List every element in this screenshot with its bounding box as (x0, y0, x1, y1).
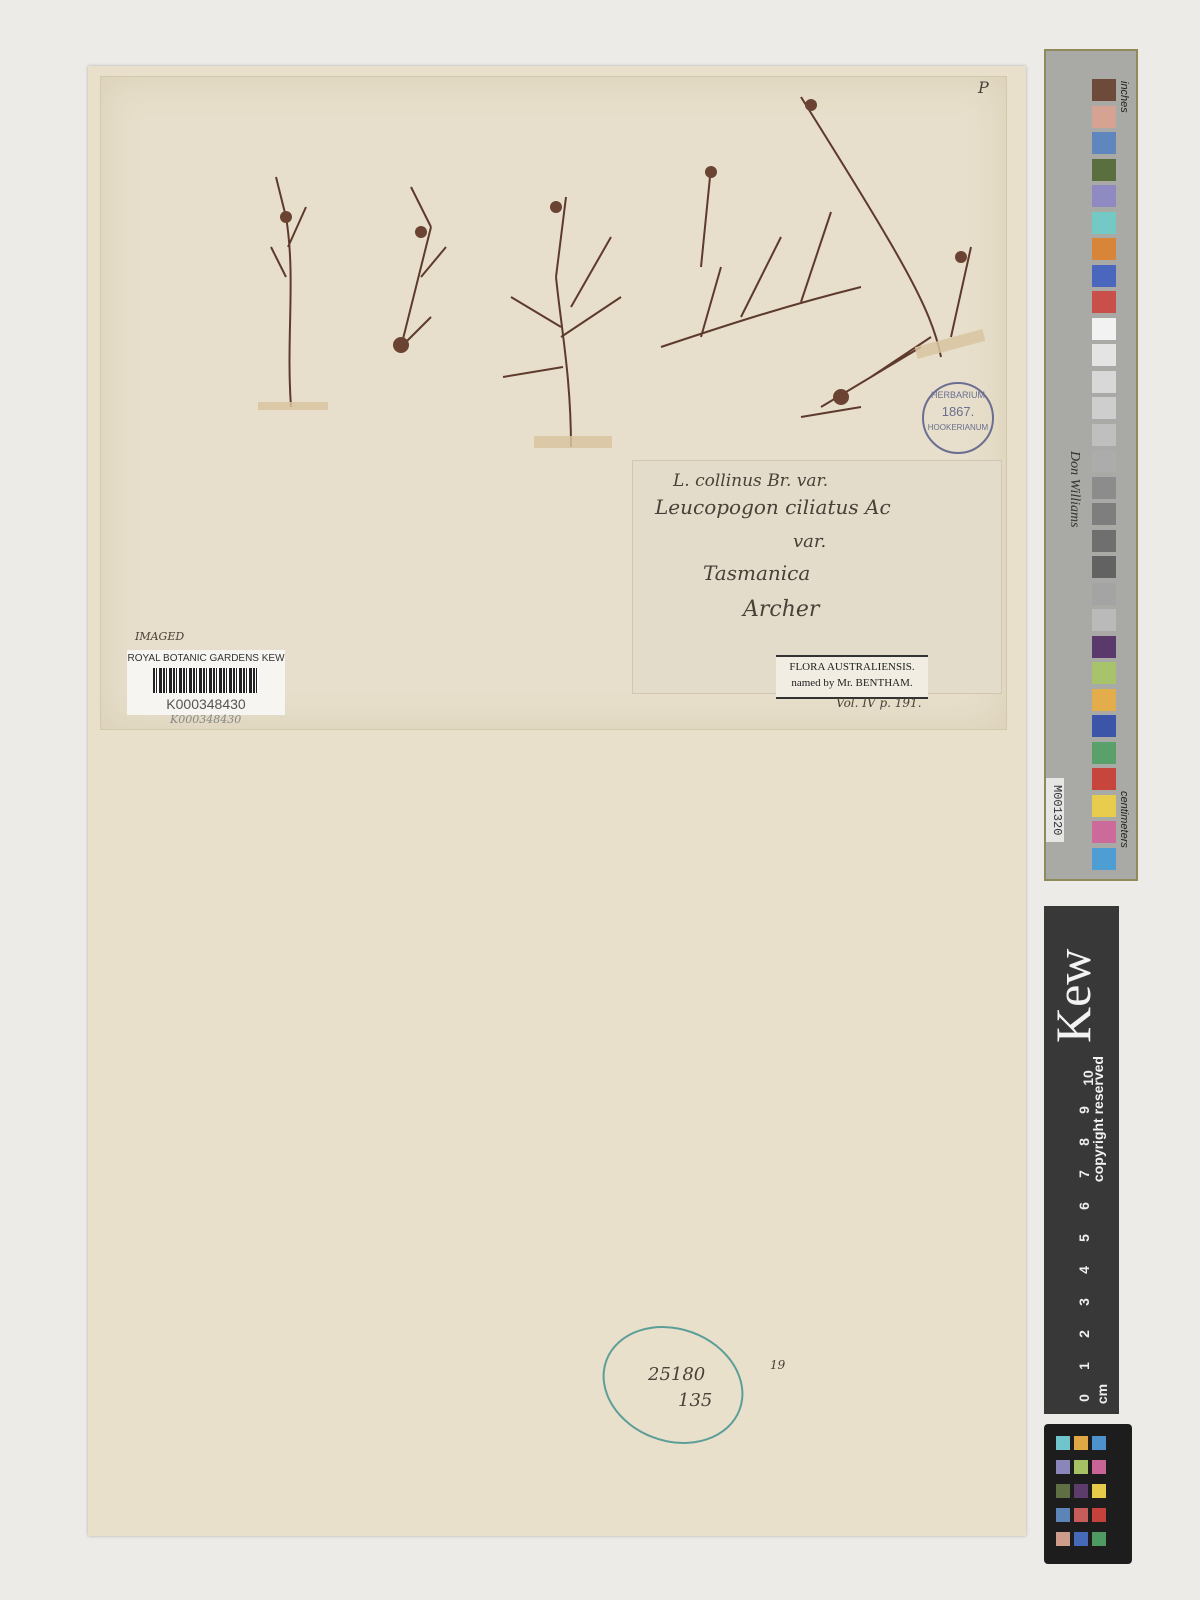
scale-number: 2 (1076, 1330, 1092, 1338)
color-swatch (1092, 185, 1116, 207)
mounting-tape (534, 436, 612, 448)
institution-name: ROYAL BOTANIC GARDENS KEW (127, 653, 285, 664)
scale-number: 9 (1076, 1106, 1092, 1114)
det-line-1: L. collinus Br. var. (673, 471, 828, 491)
color-chip (1092, 1436, 1106, 1450)
color-swatch (1092, 556, 1116, 578)
page-note: 19 (770, 1358, 785, 1372)
imaged-note: IMAGED (135, 630, 184, 643)
color-chip (1056, 1460, 1070, 1474)
color-swatch (1092, 583, 1116, 605)
barcode-number: K000348430 (127, 696, 285, 712)
colorbar-cm-label: centimeters (1118, 791, 1130, 848)
color-chip (1074, 1436, 1088, 1450)
color-swatch (1092, 424, 1116, 446)
scale-number: 7 (1076, 1170, 1092, 1178)
corner-mark: P (978, 78, 989, 97)
scale-number: 10 (1080, 1070, 1096, 1086)
color-chip (1092, 1508, 1106, 1522)
herbarium-stamp: HERBARIUM 1867. HOOKERIANUM (922, 382, 994, 454)
accession-number-2: 135 (678, 1390, 712, 1411)
color-chip (1074, 1532, 1088, 1546)
color-chip (1092, 1484, 1106, 1498)
color-chip (1074, 1484, 1088, 1498)
barcode (153, 668, 259, 693)
scale-number: 5 (1076, 1234, 1092, 1242)
color-checker-card (1044, 1424, 1132, 1564)
barcode-handwritten: K000348430 (170, 713, 241, 726)
color-swatch (1092, 318, 1116, 340)
color-swatch (1092, 715, 1116, 737)
color-swatch (1092, 795, 1116, 817)
colorbar-inches-label: inches (1118, 81, 1130, 113)
colorbar-id: M001320 (1046, 778, 1064, 842)
color-swatch (1092, 371, 1116, 393)
color-swatch (1092, 132, 1116, 154)
color-swatch (1092, 609, 1116, 631)
reference-note: Vol. IV p. 191. (836, 696, 922, 710)
scale-number: 3 (1076, 1298, 1092, 1306)
barcode-label: ROYAL BOTANIC GARDENS KEW K000348430 (127, 650, 285, 715)
color-chip (1074, 1460, 1088, 1474)
color-swatch (1092, 530, 1116, 552)
color-swatch (1092, 159, 1116, 181)
flora-line-2: named by Mr. BENTHAM. (776, 675, 928, 691)
color-swatch (1092, 344, 1116, 366)
scale-unit: cm (1094, 1384, 1110, 1404)
color-swatch (1092, 238, 1116, 260)
color-swatch (1092, 212, 1116, 234)
color-chip (1092, 1460, 1106, 1474)
kew-scale-bar: Kew copyright reserved 012345678910 cm (1044, 906, 1119, 1414)
scale-number: 8 (1076, 1138, 1092, 1146)
color-swatch (1092, 636, 1116, 658)
color-swatch (1092, 821, 1116, 843)
color-swatch (1092, 397, 1116, 419)
color-swatch (1092, 662, 1116, 684)
color-swatch (1092, 742, 1116, 764)
color-calibration-bar: Don Williams inches centimeters (1044, 49, 1138, 881)
color-swatch (1092, 503, 1116, 525)
color-swatch (1092, 848, 1116, 870)
det-line-2: Leucopogon ciliatus Ac (655, 495, 891, 519)
color-swatch (1092, 79, 1116, 101)
color-chip (1074, 1508, 1088, 1522)
color-swatch (1092, 450, 1116, 472)
color-swatch (1092, 291, 1116, 313)
color-swatch (1092, 265, 1116, 287)
color-swatch (1092, 689, 1116, 711)
color-chip (1056, 1508, 1070, 1522)
mounting-tape (258, 402, 328, 410)
color-chip (1056, 1436, 1070, 1450)
flora-line-1: FLORA AUSTRALIENSIS. (776, 659, 928, 675)
color-swatch (1092, 106, 1116, 128)
flora-australiensis-label: FLORA AUSTRALIENSIS. named by Mr. BENTHA… (776, 655, 928, 699)
scale-number: 0 (1076, 1394, 1092, 1402)
stamp-year: 1867. (924, 404, 992, 419)
color-chip (1056, 1532, 1070, 1546)
stamp-top-text: HERBARIUM (924, 390, 992, 400)
color-chip (1056, 1484, 1070, 1498)
color-swatch (1092, 768, 1116, 790)
scale-number: 4 (1076, 1266, 1092, 1274)
accession-number-1: 25180 (648, 1364, 705, 1385)
stamp-bottom-text: HOOKERIANUM (924, 423, 992, 432)
colorbar-brand: Don Williams (1066, 451, 1082, 528)
scale-number: 6 (1076, 1202, 1092, 1210)
color-chip (1092, 1532, 1106, 1546)
color-swatch (1092, 477, 1116, 499)
det-line-3: var. (793, 531, 826, 552)
collector-name: Archer (743, 597, 819, 622)
det-line-4: Tasmanica (703, 561, 810, 585)
scale-number: 1 (1076, 1362, 1092, 1370)
kew-logo: Kew (1044, 936, 1119, 1056)
